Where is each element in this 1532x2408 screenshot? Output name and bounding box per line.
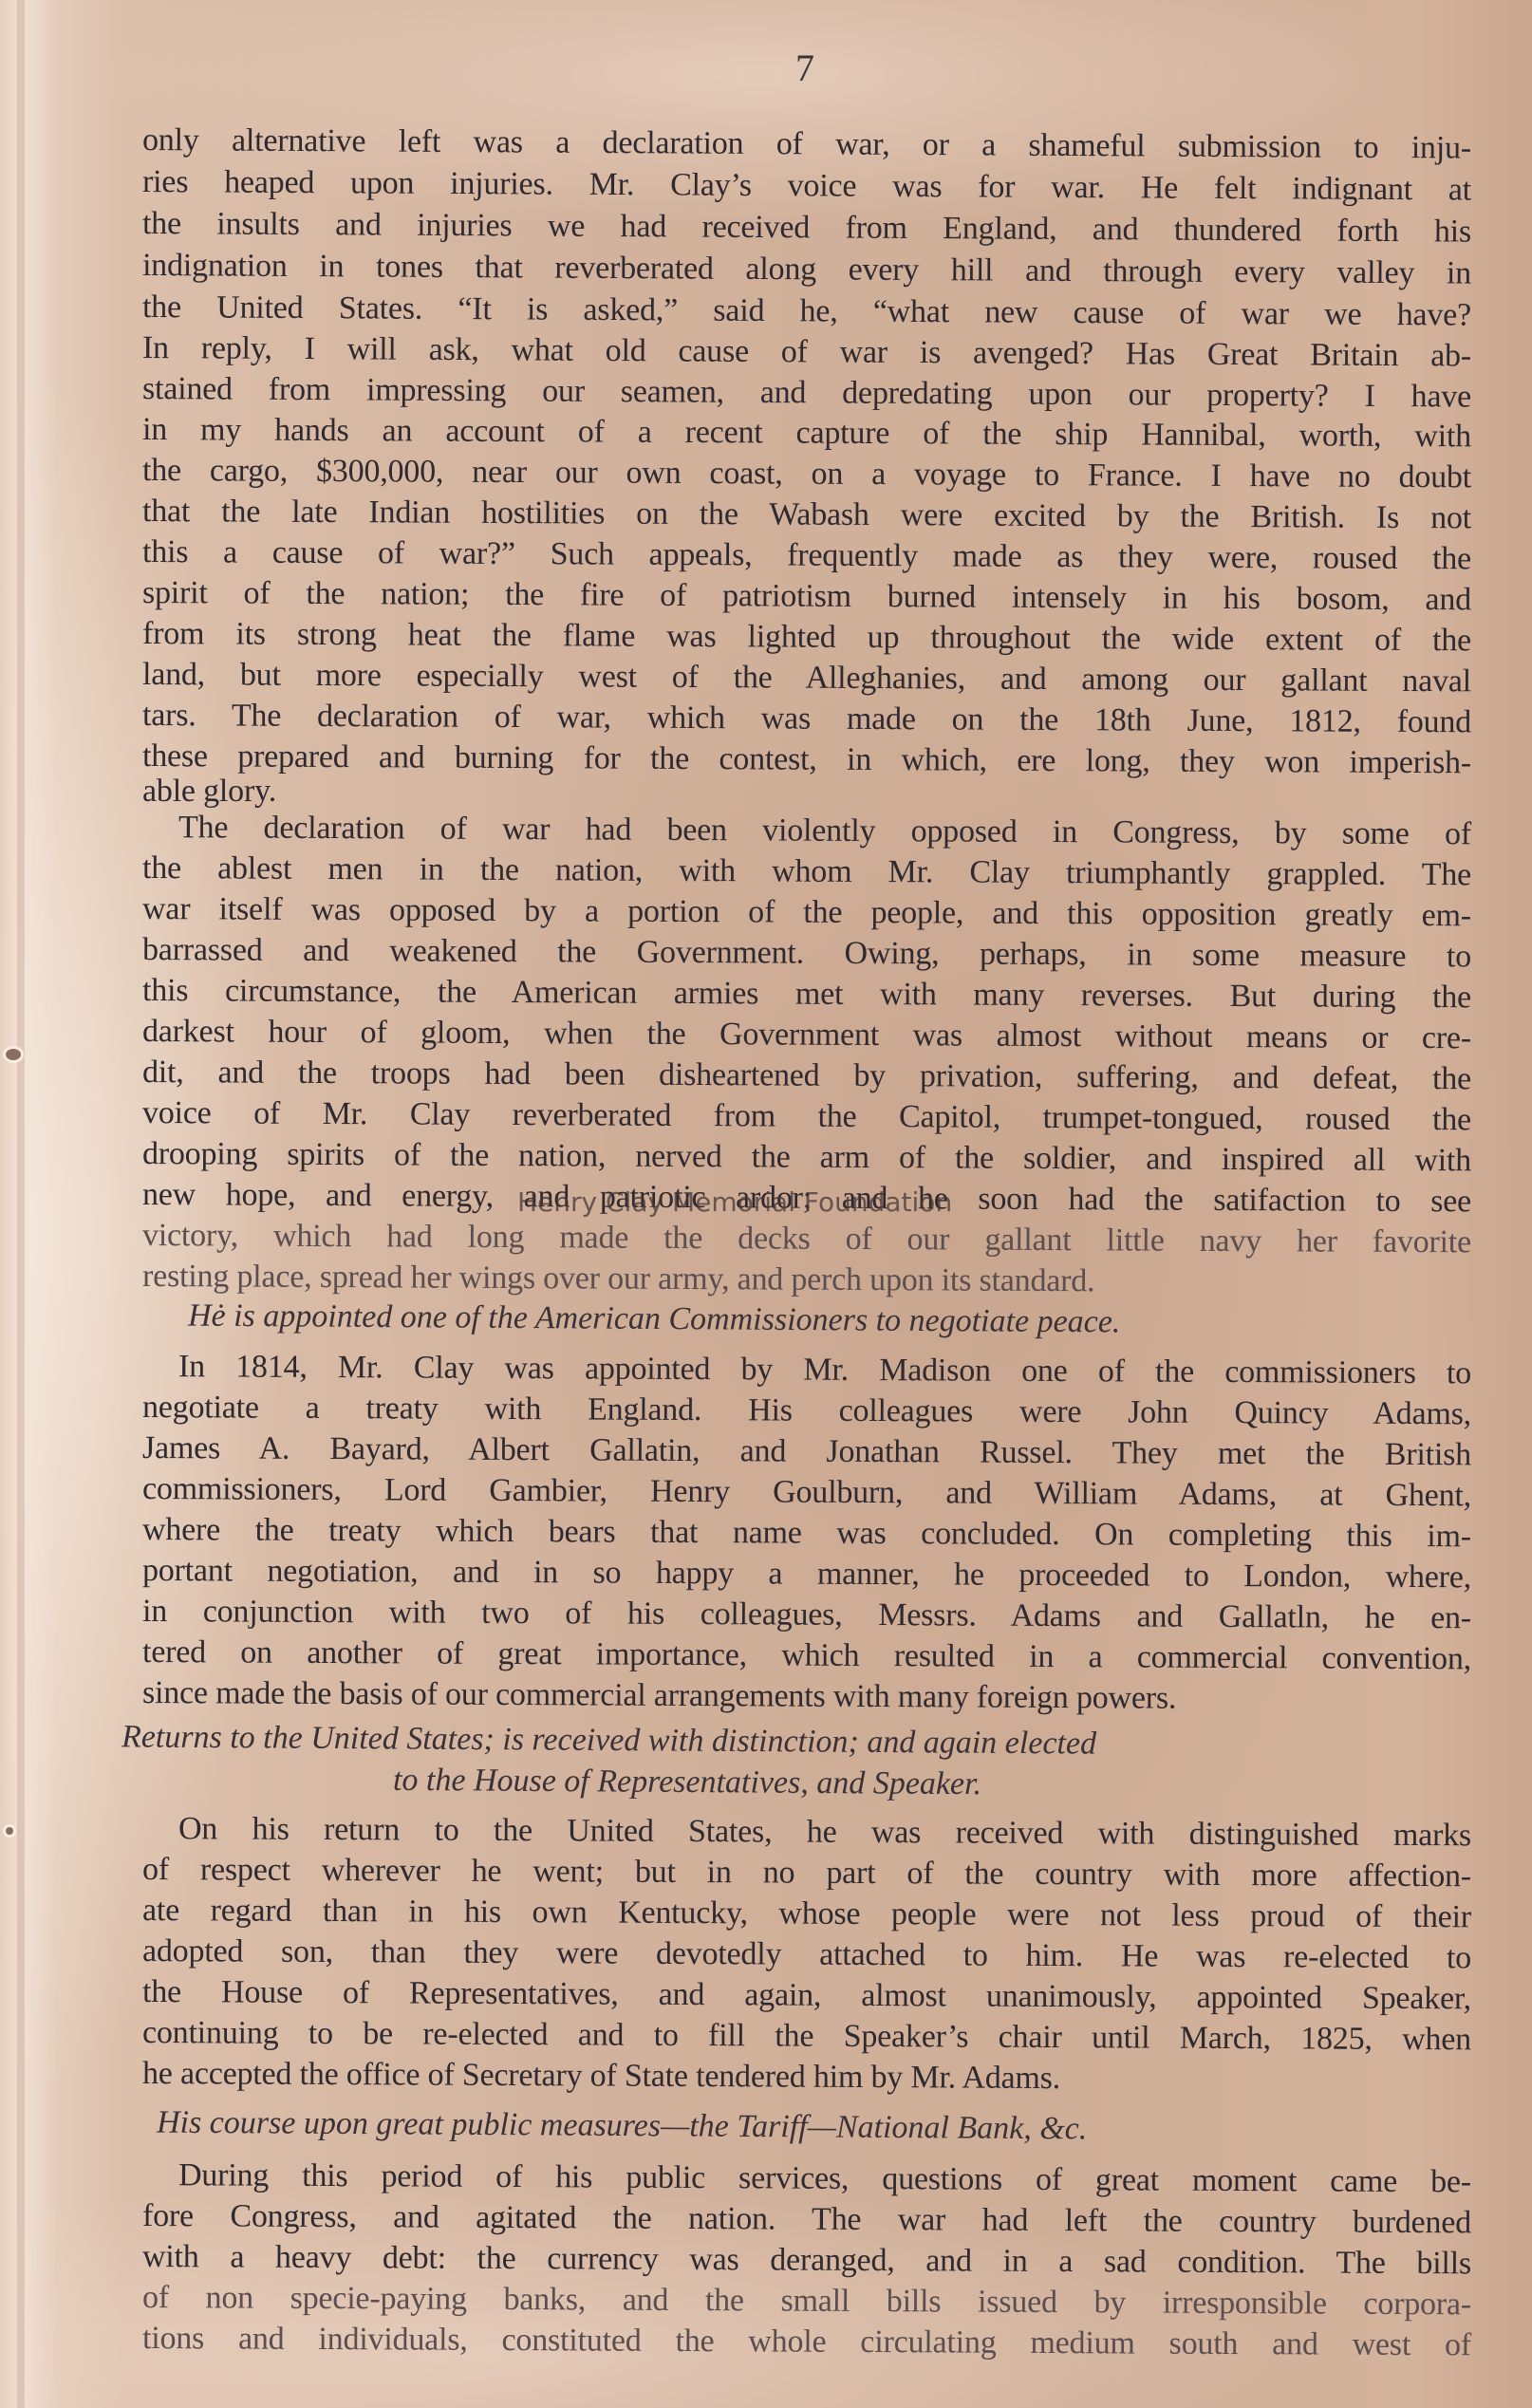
text-line: tions and individuals, constituted the w…: [142, 2318, 1471, 2366]
watermark-text: Henry Clay Memorial Foundation: [517, 1186, 952, 1218]
page-spine-edge: [0, 0, 57, 2408]
binding-hole-icon: [6, 1049, 21, 1060]
section-heading: Hė is appointed one of the American Comm…: [188, 1296, 1121, 1344]
section-heading: His course upon great public measures—th…: [157, 2102, 1088, 2151]
scanned-page: 7 only alternative left was a declaratio…: [0, 0, 1532, 2408]
text-line: he accepted the office of Secretary of S…: [142, 2053, 1471, 2101]
section-heading: to the House of Representatives, and Spe…: [393, 1760, 981, 1805]
binding-hole-icon: [6, 1827, 13, 1835]
page-number: 7: [795, 46, 814, 90]
page-fold-line: [17, 0, 25, 2408]
section-heading: Returns to the United States; is receive…: [121, 1716, 1096, 1764]
text-line: since made the basis of our commercial a…: [142, 1672, 1471, 1721]
text-line: able glory.: [142, 771, 1471, 812]
